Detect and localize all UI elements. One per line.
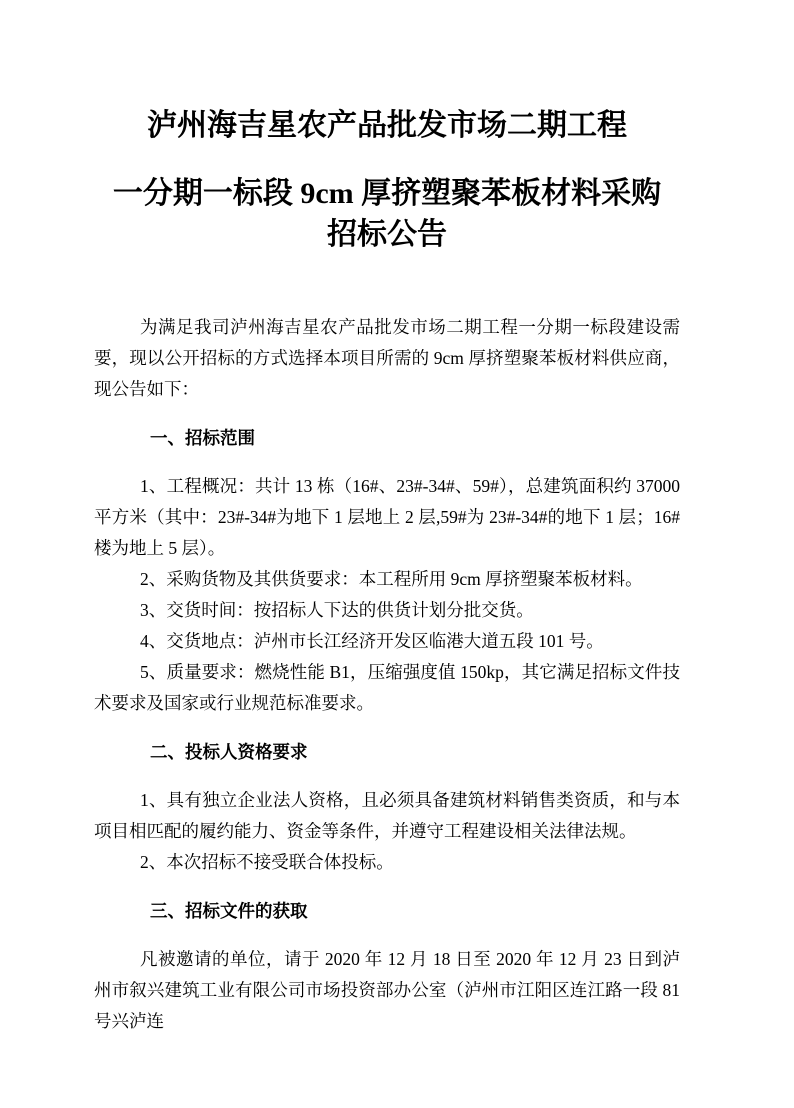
- section-2-item-1: 1、具有独立企业法人资格，且必须具备建筑材料销售类资质，和与本项目相匹配的履约能…: [94, 785, 680, 847]
- section-2-item-2: 2、本次招标不接受联合体投标。: [94, 847, 680, 878]
- document-title-line-3: 招标公告: [327, 218, 447, 251]
- section-1-item-4: 4、交货地点：泸州市长江经济开发区临港大道五段 101 号。: [94, 626, 680, 657]
- intro-paragraph: 为满足我司泸州海吉星农产品批发市场二期工程一分期一标段建设需要，现以公开招标的方…: [94, 312, 680, 405]
- section-1-item-1: 1、工程概况：共计 13 栋（16#、23#-34#、59#），总建筑面积约 3…: [94, 471, 680, 564]
- section-1-item-5: 5、质量要求：燃烧性能 B1，压缩强度值 150kp，其它满足招标文件技术要求及…: [94, 657, 680, 719]
- document-content: 泸州海吉星农产品批发市场二期工程 一分期一标段 9cm 厚挤塑聚苯板材料采购招标…: [0, 0, 794, 1108]
- document-title-line-2-3: 一分期一标段 9cm 厚挤塑聚苯板材料采购招标公告: [94, 173, 680, 255]
- section-1-heading: 一、招标范围: [94, 423, 680, 454]
- section-2-heading: 二、投标人资格要求: [94, 737, 680, 768]
- section-1-item-2: 2、采购货物及其供货要求：本工程所用 9cm 厚挤塑聚苯板材料。: [94, 564, 680, 595]
- document-title-line-1: 泸州海吉星农产品批发市场二期工程: [94, 105, 680, 147]
- section-3-paragraph-1: 凡被邀请的单位，请于 2020 年 12 月 18 日至 2020 年 12 月…: [94, 944, 680, 1037]
- section-3-heading: 三、招标文件的获取: [94, 896, 680, 927]
- document-page: 泸州海吉星农产品批发市场二期工程 一分期一标段 9cm 厚挤塑聚苯板材料采购招标…: [0, 0, 794, 1108]
- section-1-item-3: 3、交货时间：按招标人下达的供货计划分批交货。: [94, 595, 680, 626]
- document-title-line-2: 一分期一标段 9cm 厚挤塑聚苯板材料采购: [113, 177, 661, 210]
